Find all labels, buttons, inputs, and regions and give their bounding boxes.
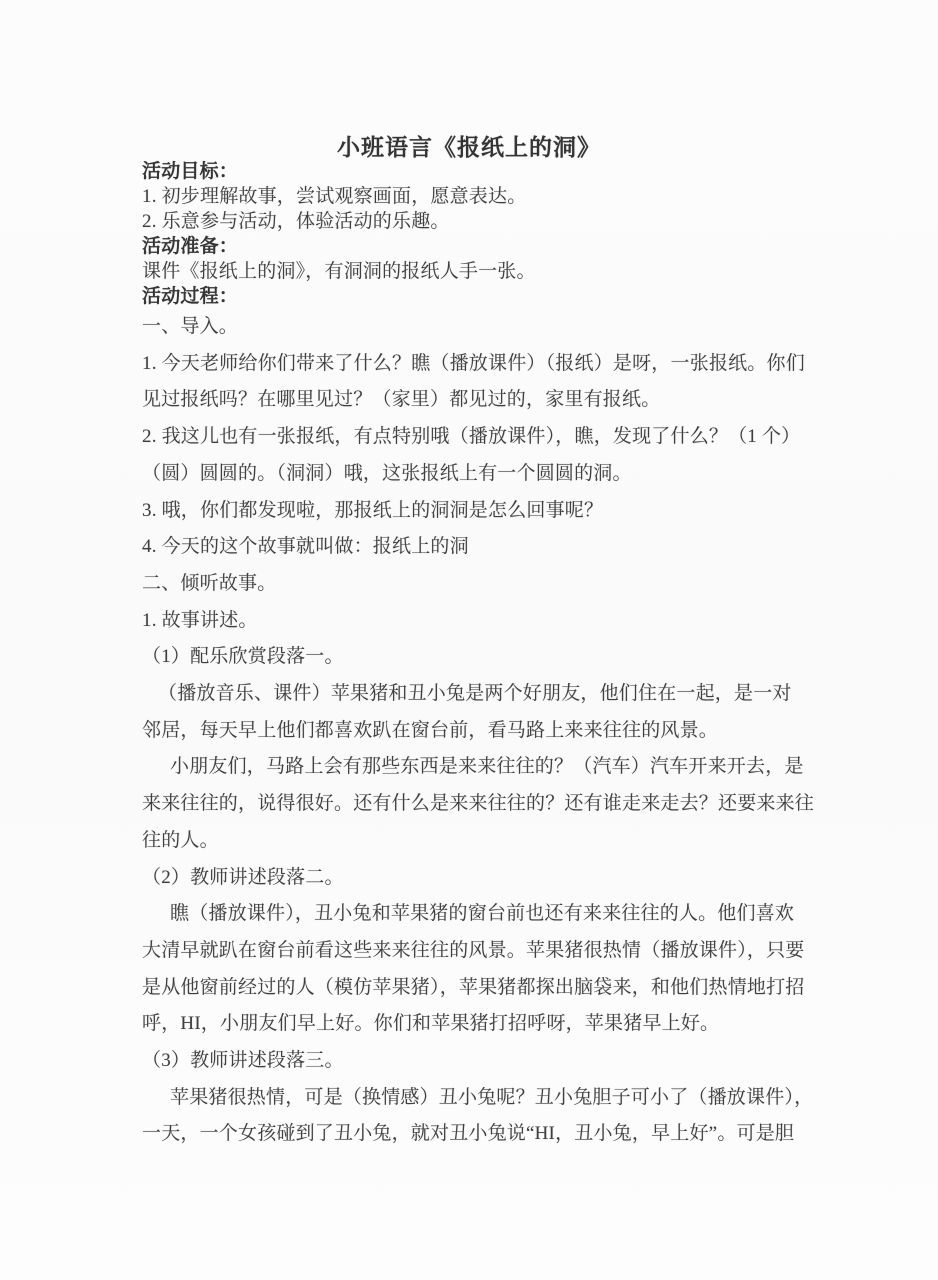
activity-body-section: 一、导入。 1. 今天老师给你们带来了什么？瞧（播放课件）（报纸）是呀，一张报纸…: [142, 309, 842, 1153]
paragraph-heading-3: （3）教师讲述段落三。: [142, 1043, 842, 1080]
section-heading-goals: 活动目标：: [142, 159, 842, 184]
text-line: 苹果猪很热情，可是（换情感）丑小兔呢？丑小兔胆子可小了（播放课件），: [142, 1080, 842, 1117]
section-heading-preparation: 活动准备：: [142, 234, 842, 259]
text-line: 大清早就趴在窗台前看这些来来往往的风景。苹果猪很热情（播放课件），只要: [142, 933, 842, 970]
text-line: 往的人。: [142, 823, 842, 860]
document-title: 小班语言《报纸上的洞》: [0, 129, 938, 162]
text-line: 2. 乐意参与活动，体验活动的乐趣。: [142, 209, 842, 234]
text-line: 呼，HI，小朋友们早上好。你们和苹果猪打招呼呀，苹果猪早上好。: [142, 1006, 842, 1043]
text-line: 2. 我这儿也有一张报纸，有点特别哦（播放课件），瞧，发现了什么？（1 个）: [142, 419, 842, 456]
text-line: 小朋友们，马路上会有那些东西是来来往往的？（汽车）汽车开来开去，是: [142, 749, 842, 786]
text-line: 一天，一个女孩碰到了丑小兔，就对丑小兔说“HI，丑小兔，早上好”。可是胆: [142, 1116, 842, 1153]
text-line: 见过报纸吗？在哪里见过？（家里）都见过的，家里有报纸。: [142, 382, 842, 419]
step-heading-story: 二、倾听故事。: [142, 566, 842, 603]
text-line: 是从他窗前经过的人（模仿苹果猪），苹果猪都探出脑袋来，和他们热情地打招: [142, 970, 842, 1007]
text-line: 4. 今天的这个故事就叫做：报纸上的洞: [142, 529, 842, 566]
paragraph-heading-1: （1）配乐欣赏段落一。: [142, 639, 842, 676]
text-line: 瞧（播放课件），丑小兔和苹果猪的窗台前也还有来来往往的人。他们喜欢: [142, 896, 842, 933]
text-line: 3. 哦，你们都发现啦，那报纸上的洞洞是怎么回事呢？: [142, 493, 842, 530]
section-heading-process: 活动过程：: [142, 284, 842, 309]
paragraph-heading-2: （2）教师讲述段落二。: [142, 860, 842, 897]
text-line: （圆）圆圆的。（洞洞）哦，这张报纸上有一个圆圆的洞。: [142, 456, 842, 493]
text-line: 1. 初步理解故事，尝试观察画面，愿意表达。: [142, 184, 842, 209]
step-heading-intro: 一、导入。: [142, 309, 842, 346]
text-line: 来来往往的，说得很好。还有什么是来来往往的？还有谁走来走去？还要来来往: [142, 786, 842, 823]
text-line: 1. 今天老师给你们带来了什么？瞧（播放课件）（报纸）是呀，一张报纸。你们: [142, 346, 842, 383]
text-line: 1. 故事讲述。: [142, 603, 842, 640]
document-page: { "colors": { "background": "#fbfbfb", "…: [0, 0, 938, 1280]
activity-header-section: 活动目标： 1. 初步理解故事，尝试观察画面，愿意表达。 2. 乐意参与活动，体…: [142, 159, 842, 309]
text-line: 邻居，每天早上他们都喜欢趴在窗台前，看马路上来来往往的风景。: [142, 713, 842, 750]
text-line: （播放音乐、课件）苹果猪和丑小兔是两个好朋友，他们住在一起，是一对: [142, 676, 842, 713]
text-line: 课件《报纸上的洞》，有洞洞的报纸人手一张。: [142, 259, 842, 284]
